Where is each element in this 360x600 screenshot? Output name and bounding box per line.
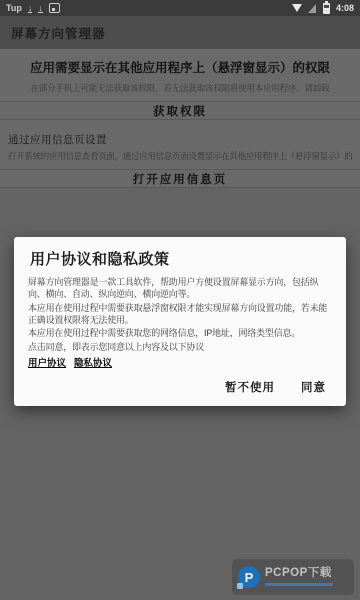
pcpop-watermark: P PCPOP下载 xyxy=(232,559,354,595)
wifi-icon xyxy=(292,4,302,12)
privacy-policy-link[interactable]: 隐私协议 xyxy=(74,355,112,369)
divider xyxy=(0,187,360,188)
dismiss-button[interactable]: 暂不使用 xyxy=(225,379,275,395)
status-time: 4:08 xyxy=(336,3,354,13)
privacy-dialog: 用户协议和隐私政策 屏幕方向管理器是一款工具软件，帮助用户方便设置屏幕显示方向，… xyxy=(14,237,346,406)
main-panel: 应用需要显示在其他应用程序上（悬浮窗显示）的权限 在部分手机上可能无法获取该权限… xyxy=(0,49,360,188)
get-permission-button[interactable]: 获取权限 xyxy=(0,102,360,119)
agree-button[interactable]: 同意 xyxy=(301,379,326,395)
divider xyxy=(0,119,360,120)
status-left-text: Tup xyxy=(6,3,22,13)
app-info-note: 打开系统的应用信息查看页面，通过应用信息页面设置显示在其他应用程序上（悬浮窗显示… xyxy=(8,150,352,162)
pcpop-logo-icon: P xyxy=(238,566,260,588)
dialog-paragraph: 点击同意，即表示您同意以上内容及以下协议 xyxy=(28,341,332,353)
download-icon: ↓ xyxy=(38,4,43,13)
pcpop-logo-square xyxy=(237,583,243,589)
app-info-header: 通过应用信息页设置 xyxy=(8,132,360,147)
app-title: 屏幕方向管理器 xyxy=(11,24,106,42)
dialog-paragraph: 本应用在使用过程中需要获取悬浮窗权限才能实现屏幕方向设置功能，若未能正确设置权限… xyxy=(28,302,332,326)
overlay-permission-header: 应用需要显示在其他应用程序上（悬浮窗显示）的权限 xyxy=(8,58,352,76)
dialog-paragraph: 屏幕方向管理器是一款工具软件，帮助用户方便设置屏幕显示方向，包括纵向、横向、自动… xyxy=(28,276,332,300)
pip-icon xyxy=(49,3,60,13)
watermark-tagline xyxy=(265,583,333,586)
dialog-body: 屏幕方向管理器是一款工具软件，帮助用户方便设置屏幕显示方向，包括纵向、横向、自动… xyxy=(28,276,332,369)
status-bar-left: Tup ↓ ↓ xyxy=(6,3,60,13)
dialog-title: 用户协议和隐私政策 xyxy=(30,248,332,269)
dialog-links: 用户协议 隐私协议 xyxy=(28,355,332,369)
dialog-paragraph: 本应用在使用过程中需要获取您的网络信息，IP地址，网络类型信息。 xyxy=(28,327,332,339)
status-bar: Tup ↓ ↓ 4:08 xyxy=(0,0,360,16)
watermark-brand: PCPOP下载 xyxy=(265,568,333,580)
phone-screen: Tup ↓ ↓ 4:08 屏幕方向管理器 应用需要显示在其他应用程序上（悬浮窗显… xyxy=(0,0,360,600)
dialog-actions: 暂不使用 同意 xyxy=(28,369,332,401)
status-bar-right: 4:08 xyxy=(292,3,354,14)
watermark-text-column: PCPOP下载 xyxy=(265,568,333,586)
signal-icon xyxy=(308,4,316,13)
user-agreement-link[interactable]: 用户协议 xyxy=(28,355,66,369)
download-icon: ↓ xyxy=(28,4,33,13)
overlay-permission-note: 在部分手机上可能无法获取该权限。若无法获取该权限将使用本应用程序。请卸载 xyxy=(8,82,352,94)
battery-icon xyxy=(323,3,330,14)
open-app-info-button[interactable]: 打开应用信息页 xyxy=(0,170,360,187)
app-title-bar: 屏幕方向管理器 xyxy=(0,16,360,49)
